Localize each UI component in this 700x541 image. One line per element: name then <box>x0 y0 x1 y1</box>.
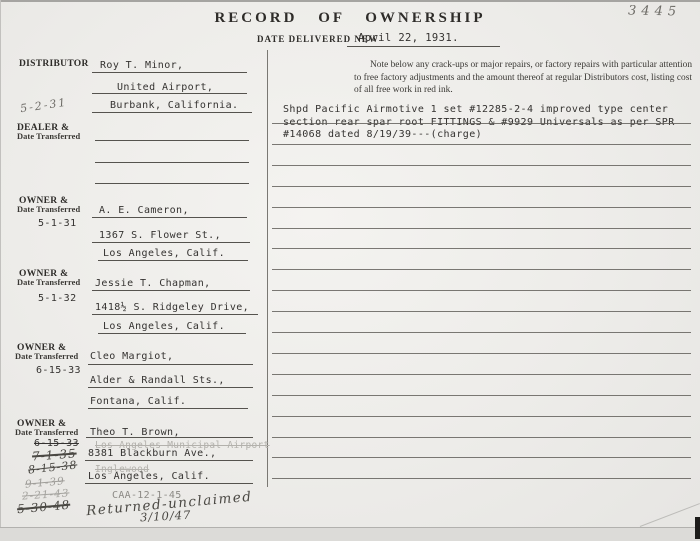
ruled-line <box>272 123 691 124</box>
owner4-returned-date: 3/10/47 <box>140 508 192 525</box>
column-divider <box>267 50 268 487</box>
scan-background-strip <box>0 528 700 541</box>
dealer-blank-line2 <box>95 162 249 163</box>
owner4-date-transferred-label: Date Transferred <box>15 428 78 437</box>
repairs-note-paragraph: Note below any crack-ups or major repair… <box>354 59 692 97</box>
dealer-blank-line1 <box>95 140 249 141</box>
owner1-date: 5-1-31 <box>38 218 77 229</box>
ruled-line <box>272 228 691 229</box>
owner1-address: 1367 S. Flower St., <box>99 230 221 241</box>
owner2-date-transferred-label: Date Transferred <box>17 278 80 287</box>
repair-entry-line1: Shpd Pacific Airmotive 1 set #12285-2-4 … <box>283 104 675 117</box>
owner2-date: 5-1-32 <box>38 293 77 304</box>
owner3-line1-rule <box>88 364 253 365</box>
ruled-line <box>272 269 691 270</box>
owner3-city: Fontana, Calif. <box>90 396 186 407</box>
ruled-line <box>272 353 691 354</box>
owner3-date: 6-15-33 <box>36 365 81 376</box>
distributor-line2-rule <box>92 93 247 94</box>
card-corner-cut <box>640 503 700 527</box>
owner3-line3-rule <box>88 408 248 409</box>
distributor-city: Burbank, California. <box>110 100 238 111</box>
dealer-blank-line3 <box>95 183 249 184</box>
ruled-line <box>272 311 691 312</box>
ruled-line <box>272 457 691 458</box>
repair-entry-line3: #14068 dated 8/19/39---(charge) <box>283 129 675 142</box>
owner3-line2-rule <box>88 387 253 388</box>
page-title: RECORD OF OWNERSHIP <box>214 10 485 27</box>
distributor-line3-rule <box>92 112 252 113</box>
owner2-line3-rule <box>98 333 246 334</box>
ruled-line <box>272 395 691 396</box>
owner4-line2-rule <box>85 460 253 461</box>
owner2-address: 1418½ S. Ridgeley Drive, <box>95 302 249 313</box>
distributor-label: DISTRIBUTOR <box>19 59 89 69</box>
owner2-line1-rule <box>92 290 250 291</box>
owner2-line2-rule <box>92 314 258 315</box>
owner1-date-transferred-label: Date Transferred <box>17 205 80 214</box>
owner1-line2-rule <box>92 242 250 243</box>
ruled-line <box>272 437 691 438</box>
ruled-line <box>272 478 691 479</box>
ruled-line <box>272 290 691 291</box>
scan-left-edge <box>0 0 1 541</box>
owner3-date-transferred-label: Date Transferred <box>15 352 78 361</box>
owner4-line1-rule <box>86 437 253 438</box>
scan-black-mark <box>695 517 700 539</box>
ruled-line <box>272 207 691 208</box>
record-of-ownership-card: RECORD OF OWNERSHIP 3445 DATE DELIVERED … <box>0 0 700 541</box>
owner3-address: Alder & Randall Sts., <box>90 375 225 386</box>
distributor-name: Roy T. Minor, <box>100 60 183 71</box>
ruled-line <box>272 374 691 375</box>
owner4-city: Los Angeles, Calif. <box>88 471 210 482</box>
ruled-line <box>272 165 691 166</box>
ruled-line <box>272 332 691 333</box>
owner1-line3-rule <box>98 260 248 261</box>
date-delivered-underline <box>347 46 500 47</box>
distributor-handwritten-date: 5-2-31 <box>19 96 68 115</box>
pencil-page-number: 3445 <box>628 4 681 20</box>
owner1-line1-rule <box>92 217 247 218</box>
owner1-city: Los Angeles, Calif. <box>103 248 225 259</box>
scan-top-edge <box>0 0 700 2</box>
owner4-line3-rule <box>85 483 253 484</box>
dealer-date-transferred-label: Date Transferred <box>17 132 80 141</box>
owner3-name: Cleo Margiot, <box>90 351 173 362</box>
ruled-line <box>272 248 691 249</box>
ruled-line <box>272 416 691 417</box>
distributor-address: United Airport, <box>117 82 213 93</box>
owner1-name: A. E. Cameron, <box>99 205 189 216</box>
date-delivered-value: April 22, 1931. <box>358 32 459 44</box>
ruled-line <box>272 144 691 145</box>
owner4-address: 8381 Blackburn Ave., <box>88 448 216 459</box>
distributor-line1-rule <box>92 72 247 73</box>
owner2-name: Jessie T. Chapman, <box>95 278 211 289</box>
ruled-line <box>272 186 691 187</box>
owner2-city: Los Angeles, Calif. <box>103 321 225 332</box>
